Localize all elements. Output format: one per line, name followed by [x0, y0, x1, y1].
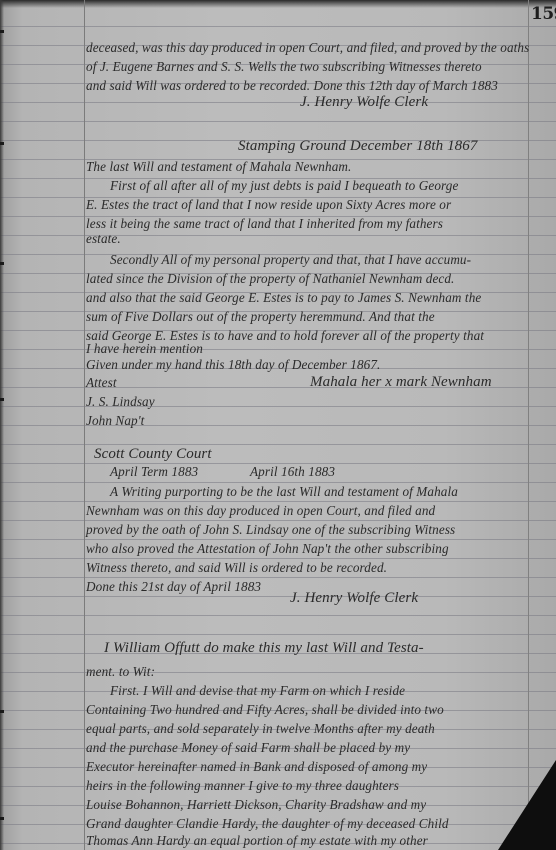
text-line: estate. [86, 231, 121, 247]
text-line: Newnham was on this day produced in open… [86, 503, 435, 519]
page-number: 159 [531, 4, 556, 24]
text-line: Executor hereinafter named in Bank and d… [86, 759, 427, 775]
place-date-heading: Stamping Ground December 18th 1867 [238, 138, 477, 155]
witness-name: J. S. Lindsay [86, 394, 155, 410]
text-line: First of all after all of my just debts … [110, 178, 458, 194]
clerk-signature: J. Henry Wolfe Clerk [290, 590, 418, 607]
will-opening: I William Offutt do make this my last Wi… [104, 640, 424, 657]
text-line: Witness thereto, and said Will is ordere… [86, 560, 387, 576]
binding-edge [0, 0, 4, 850]
text-line: deceased, was this day produced in open … [86, 40, 529, 56]
court-term: April Term 1883 [110, 464, 198, 480]
text-line: of J. Eugene Barnes and S. S. Wells the … [86, 59, 482, 75]
text-line: E. Estes the tract of land that I now re… [86, 197, 451, 213]
text-line: Louise Bohannon, Harriett Dickson, Chari… [86, 797, 426, 813]
text-line: less it being the same tract of land tha… [86, 216, 443, 232]
clerk-signature: J. Henry Wolfe Clerk [300, 94, 428, 111]
witness-name: John Nap't [86, 413, 144, 429]
text-line: who also proved the Attestation of John … [86, 541, 449, 557]
binding-mark [0, 398, 4, 401]
text-line: equal parts, and sold separately in twel… [86, 721, 435, 737]
text-line: heirs in the following manner I give to … [86, 778, 399, 794]
scan-corner-shadow [498, 760, 556, 850]
text-line: Thomas Ann Hardy an equal portion of my … [86, 833, 428, 849]
text-line: Grand daughter Clandie Hardy, the daught… [86, 816, 449, 832]
court-heading: Scott County Court [94, 446, 212, 463]
left-margin-rule [84, 0, 85, 850]
testator-signature: Mahala her x mark Newnham [310, 374, 492, 391]
text-line: lated since the Division of the property… [86, 271, 454, 287]
court-date: April 16th 1883 [250, 464, 335, 480]
text-line: proved by the oath of John S. Lindsay on… [86, 522, 455, 538]
text-line: A Writing purporting to be the last Will… [110, 484, 458, 500]
binding-mark [0, 710, 4, 713]
will-title: The last Will and testament of Mahala Ne… [86, 159, 351, 175]
text-line: sum of Five Dollars out of the property … [86, 309, 435, 325]
text-line: Given under my hand this 18th day of Dec… [86, 357, 380, 373]
text-line: Containing Two hundred and Fifty Acres, … [86, 702, 444, 718]
text-line: Done this 21st day of April 1883 [86, 579, 261, 595]
ledger-page: 159 deceased, was this day produced in o… [0, 0, 556, 850]
attest-label: Attest [86, 375, 117, 391]
binding-mark [0, 142, 4, 145]
text-line: ment. to Wit: [86, 664, 155, 680]
binding-mark [0, 262, 4, 265]
text-line: and the purchase Money of said Farm shal… [86, 740, 410, 756]
right-margin-rule [528, 0, 529, 850]
text-line: Secondly All of my personal property and… [110, 252, 471, 268]
text-line: and said Will was ordered to be recorded… [86, 78, 498, 94]
text-line: First. I Will and devise that my Farm on… [110, 683, 405, 699]
binding-mark [0, 817, 4, 820]
binding-mark [0, 30, 4, 33]
text-line: I have herein mention [86, 341, 203, 357]
text-line: and also that the said George E. Estes i… [86, 290, 481, 306]
